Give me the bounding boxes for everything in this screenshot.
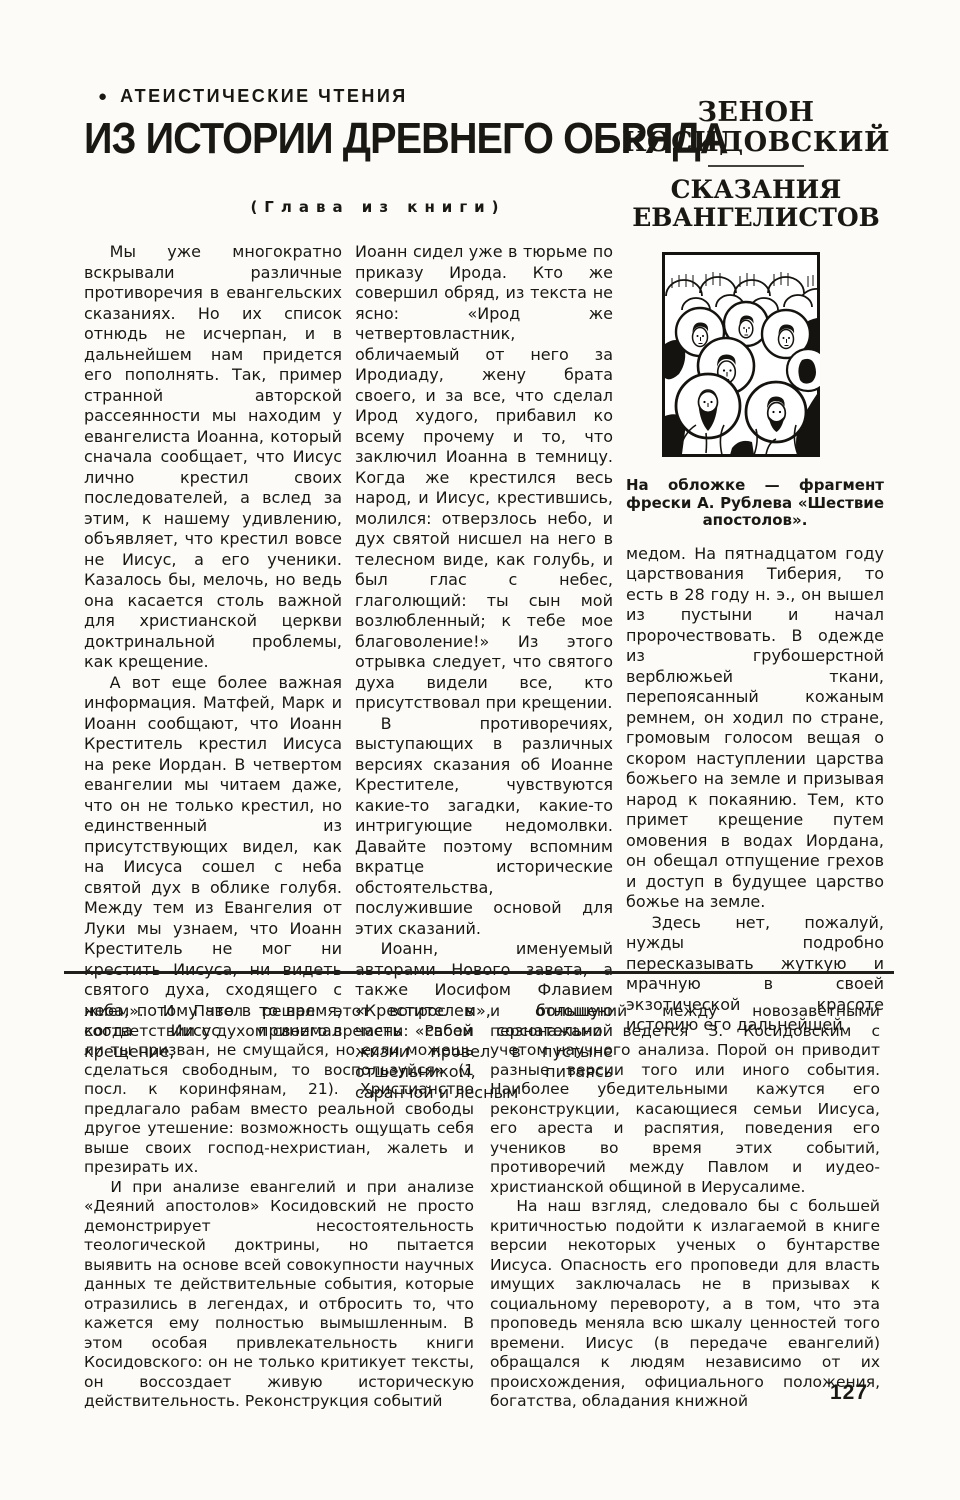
author-divider xyxy=(708,165,804,167)
article-column-2: Иоанн сидел уже в тюрьме по приказу Ирод… xyxy=(355,242,613,1103)
afterword-column-left: жием». И Павел решал этот вопрос в соотв… xyxy=(84,1002,474,1412)
article-column-1: Мы уже многократно вскрывали различные п… xyxy=(84,242,342,1103)
fresco-image-frame xyxy=(662,252,820,461)
afterword-columns: жием». И Павел решал этот вопрос в соотв… xyxy=(84,1002,880,1412)
author-block: ЗЕНОН КОСИДОВСКИЙ СКАЗАНИЯ ЕВАНГЕЛИСТОВ xyxy=(622,98,890,232)
fresco-image xyxy=(662,252,820,457)
author-name: ЗЕНОН КОСИДОВСКИЙ xyxy=(622,98,890,158)
paragraph: жием». И Павел решал этот вопрос в соотв… xyxy=(84,1002,474,1178)
page-subtitle: (Глава из книги) xyxy=(118,198,638,216)
rubric-label: АТЕИСТИЧЕСКИЕ ЧТЕНИЯ xyxy=(120,86,408,106)
paragraph: Иоанн сидел уже в тюрьме по приказу Ирод… xyxy=(355,242,613,714)
article-column-3: На обложке — фрагмент фрески А. Рублева … xyxy=(626,242,884,1103)
section-divider xyxy=(64,971,894,974)
paragraph: Мы уже многократно вскрывали различные п… xyxy=(84,242,342,673)
paragraph: и отношений между новозаветными персонаж… xyxy=(490,1002,880,1197)
paragraph: В противоречиях, выступающих в различных… xyxy=(355,714,613,940)
article-columns: Мы уже многократно вскрывали различные п… xyxy=(84,242,884,1103)
work-title: СКАЗАНИЯ ЕВАНГЕЛИСТОВ xyxy=(622,176,890,232)
page-number: 127 xyxy=(830,1381,868,1405)
figure-caption: На обложке — фрагмент фрески А. Рублева … xyxy=(626,477,884,530)
magazine-page: ●АТЕИСТИЧЕСКИЕ ЧТЕНИЯ ИЗ ИСТОРИИ ДРЕВНЕГ… xyxy=(0,0,960,1500)
afterword-column-right: и отношений между новозаветными персонаж… xyxy=(490,1002,880,1412)
paragraph: медом. На пятнадцатом году царствования … xyxy=(626,544,884,913)
cover-figure: На обложке — фрагмент фрески А. Рублева … xyxy=(626,252,884,530)
rubric-bullet-icon: ● xyxy=(98,88,107,105)
paragraph: И при анализе евангелий и при анализе «Д… xyxy=(84,1178,474,1412)
rubric: ●АТЕИСТИЧЕСКИЕ ЧТЕНИЯ xyxy=(98,86,408,107)
paragraph: На наш взгляд, следовало бы с большей кр… xyxy=(490,1197,880,1412)
